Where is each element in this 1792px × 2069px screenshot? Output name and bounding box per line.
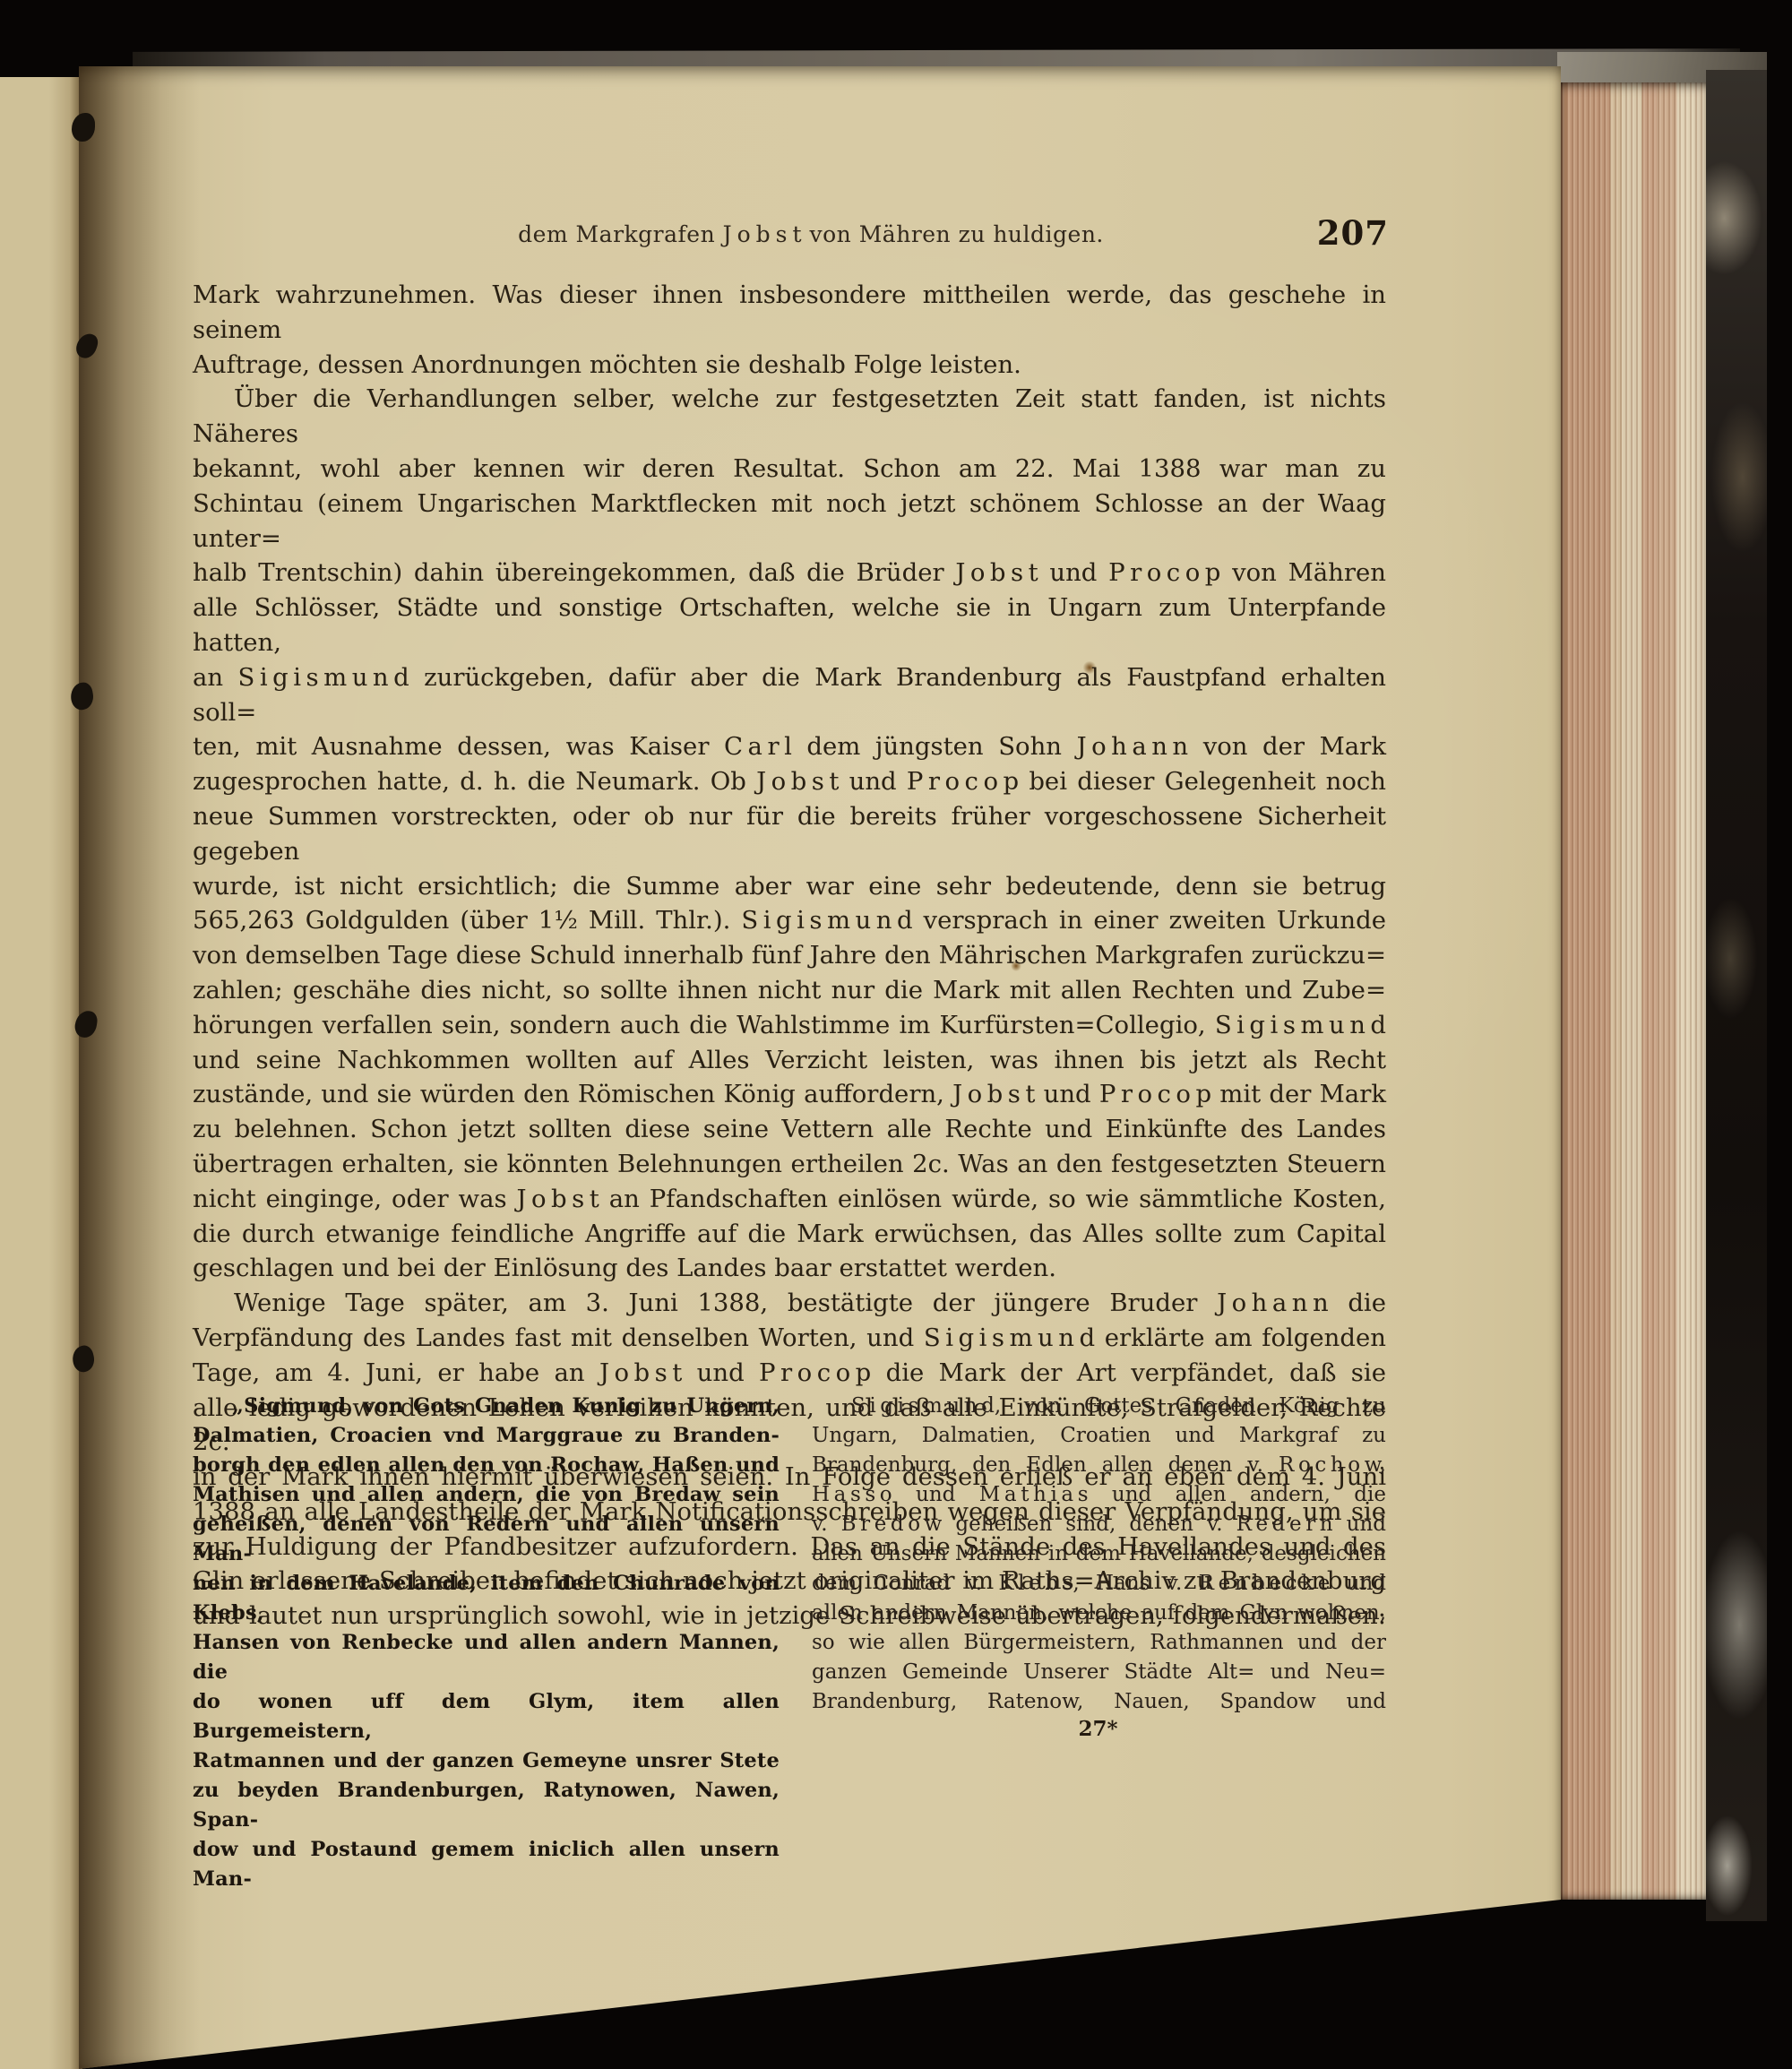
text-line: Mathisen und allen andern, die von Breda… [193, 1480, 780, 1510]
text-line: dem Conrad v. K l e b s, Hans v. R e n b… [812, 1569, 1386, 1599]
text-line: Brandenburg, den Edlen allen denen v. R … [812, 1451, 1386, 1480]
text-line: 565,263 Goldgulden (über 1½ Mill. Thlr.)… [193, 903, 1386, 938]
text-line: die durch etwanige feindliche Angriffe a… [193, 1217, 1386, 1252]
text-line: hörungen verfallen sein, sondern auch di… [193, 1008, 1386, 1043]
text-line: von demselben Tage diese Schuld innerhal… [193, 938, 1386, 973]
old-german-column: „Sigmund, von Gots Gnaden Kunig zu Unger… [193, 1392, 780, 1894]
paragraph: Mark wahrzunehmen. Was dieser ihnen insb… [193, 278, 1386, 382]
text-line: Verpfändung des Landes fast mit denselbe… [193, 1321, 1386, 1356]
text-line: zu beyden Brandenburgen, Ratynowen, Nawe… [193, 1776, 780, 1835]
text-line: Hansen von Renbecke und allen andern Man… [193, 1628, 780, 1687]
text-line: neue Summen vorstreckten, oder ob nur fü… [193, 799, 1386, 869]
running-header: dem Markgrafen J o b s t von Mähren zu h… [215, 221, 1407, 247]
text-line: Auftrage, dessen Anordnungen möchten sie… [193, 348, 1386, 383]
text-line: halb Trentschin) dahin übereingekommen, … [193, 556, 1386, 591]
page-number: 207 [1288, 213, 1389, 253]
text-line: alle Schlösser, Städte und sonstige Orts… [193, 591, 1386, 660]
text-line: Über die Verhandlungen selber, welche zu… [193, 382, 1386, 452]
two-column-transcription: „Sigmund, von Gots Gnaden Kunig zu Unger… [193, 1392, 1386, 1894]
text-line: und seine Nachkommen wollten auf Alles V… [193, 1043, 1386, 1078]
text-line: Ratmannen und der ganzen Gemeyne unsrer … [193, 1746, 780, 1776]
text-line: Mark wahrzunehmen. Was dieser ihnen insb… [193, 278, 1386, 348]
text-line: „Sigmund, von Gots Gnaden Kunig zu Unger… [193, 1392, 780, 1421]
text-line: nicht einginge, oder was J o b s t an Pf… [193, 1182, 1386, 1217]
text-line: nen in dem Havelande, item den Chunrade … [193, 1569, 780, 1628]
marbled-cover-edge [1706, 70, 1767, 1921]
text-line: übertragen erhalten, sie könnten Belehnu… [193, 1147, 1386, 1182]
text-line: geschlagen und bei der Einlösung des Lan… [193, 1251, 1386, 1286]
text-line: ten, mit Ausnahme dessen, was Kaiser C a… [193, 729, 1386, 764]
text-line: Ungarn, Dalmatien, Croatien und Markgraf… [812, 1421, 1386, 1451]
text-line: allen Unsern Mannen in dem Havellande, d… [812, 1539, 1386, 1569]
text-line: zahlen; geschähe dies nicht, so sollte i… [193, 973, 1386, 1008]
text-line: zustände, und sie würden den Römischen K… [193, 1077, 1386, 1112]
text-line: geheißen, denen von Redern und allen uns… [193, 1510, 780, 1569]
text-line: Dalmatien, Croacien vnd Marggraue zu Bra… [193, 1421, 780, 1451]
text-line: zu belehnen. Schon jetzt sollten diese s… [193, 1112, 1386, 1147]
gutter-shadow [79, 66, 200, 2069]
text-line: Brandenburg, Ratenow, Nauen, Spandow und [812, 1687, 1386, 1717]
text-line: Schintau (einem Ungarischen Marktflecken… [193, 487, 1386, 556]
paragraph: Über die Verhandlungen selber, welche zu… [193, 382, 1386, 1286]
previous-page-edge [0, 77, 82, 2069]
signature-mark: 27* [811, 1717, 1385, 1741]
text-line: so wie allen Bürgermeistern, Rathmannen … [812, 1628, 1386, 1658]
text-line: bekannt, wohl aber kennen wir deren Resu… [193, 452, 1386, 487]
text-line: dow und Postaund gemem iniclich allen un… [193, 1835, 780, 1894]
text-line: do wonen uff dem Glym, item allen Burgem… [193, 1687, 780, 1746]
text-line: H a s s o und M a t h i a s und allen an… [812, 1480, 1386, 1510]
scanned-book-photo: { "book": { "running_header": "dem Markg… [0, 0, 1792, 2069]
text-line: Tage, am 4. Juni, er habe an J o b s t u… [193, 1356, 1386, 1391]
modern-german-column: S i g i s m u n d, von Gottes Gnaden Kön… [812, 1392, 1386, 1894]
text-line: an S i g i s m u n d zurückgeben, dafür … [193, 660, 1386, 730]
text-line: allen andern Mannen, welche auf dem Glyn… [812, 1599, 1386, 1628]
text-line: Wenige Tage später, am 3. Juni 1388, bes… [193, 1286, 1386, 1321]
text-line: v. B r e d o w geheißen sind, denen v. R… [812, 1510, 1386, 1539]
text-line: wurde, ist nicht ersichtlich; die Summe … [193, 869, 1386, 904]
text-line: borgh den edlen allen den von Rochaw, Ha… [193, 1451, 780, 1480]
text-line: ganzen Gemeinde Unserer Städte Alt= und … [812, 1658, 1386, 1687]
text-line: S i g i s m u n d, von Gottes Gnaden Kön… [812, 1392, 1386, 1421]
text-line: zugesprochen hatte, d. h. die Neumark. O… [193, 764, 1386, 799]
page-block-fore-edge [1561, 82, 1706, 1900]
